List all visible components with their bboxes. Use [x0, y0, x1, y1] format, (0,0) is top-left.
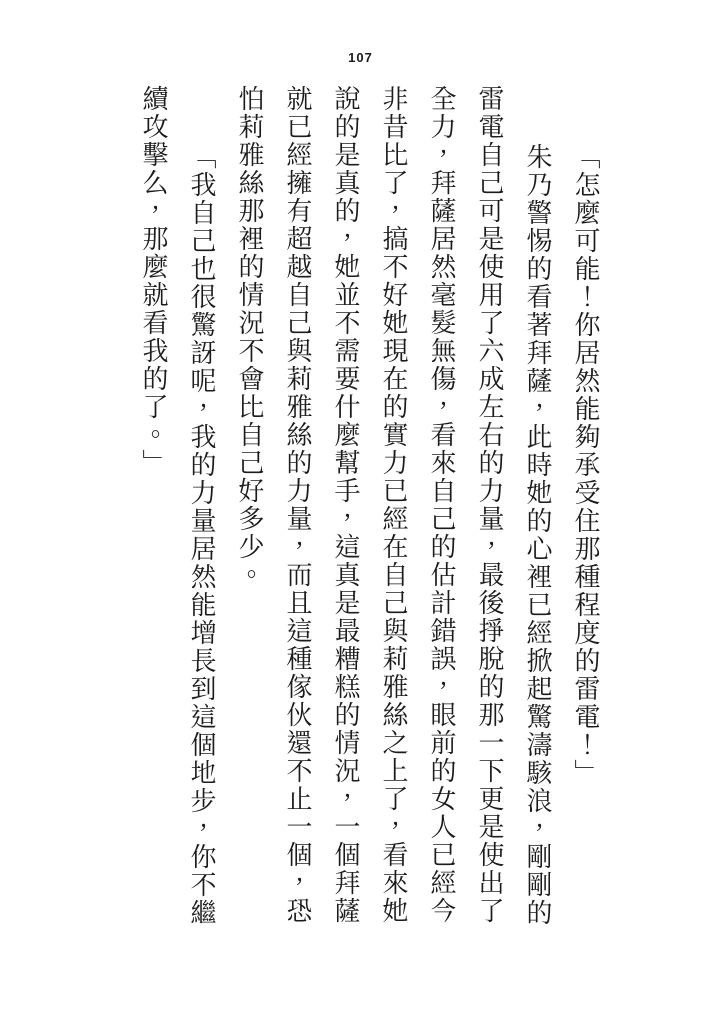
paragraph-dialogue-2: 「我自己也很驚訝呢，我的力量居然能增長到這個地步，你不繼續攻擊么，那麼就看我的了… [129, 85, 225, 937]
page-number: 107 [0, 50, 721, 65]
text-block: 「怎麼可能！你居然能夠承受住那種程度的雷電！」 朱乃警惕的看著拜薩，此時她的心裡… [129, 85, 609, 937]
book-page: 107 「怎麼可能！你居然能夠承受住那種程度的雷電！」 朱乃警惕的看著拜薩，此時… [0, 0, 721, 1020]
paragraph-dialogue-1: 「怎麼可能！你居然能夠承受住那種程度的雷電！」 [561, 85, 609, 937]
paragraph-narration: 朱乃警惕的看著拜薩，此時她的心裡已經掀起驚濤駭浪，剛剛的雷電自己可是使用了六成左… [225, 85, 561, 937]
